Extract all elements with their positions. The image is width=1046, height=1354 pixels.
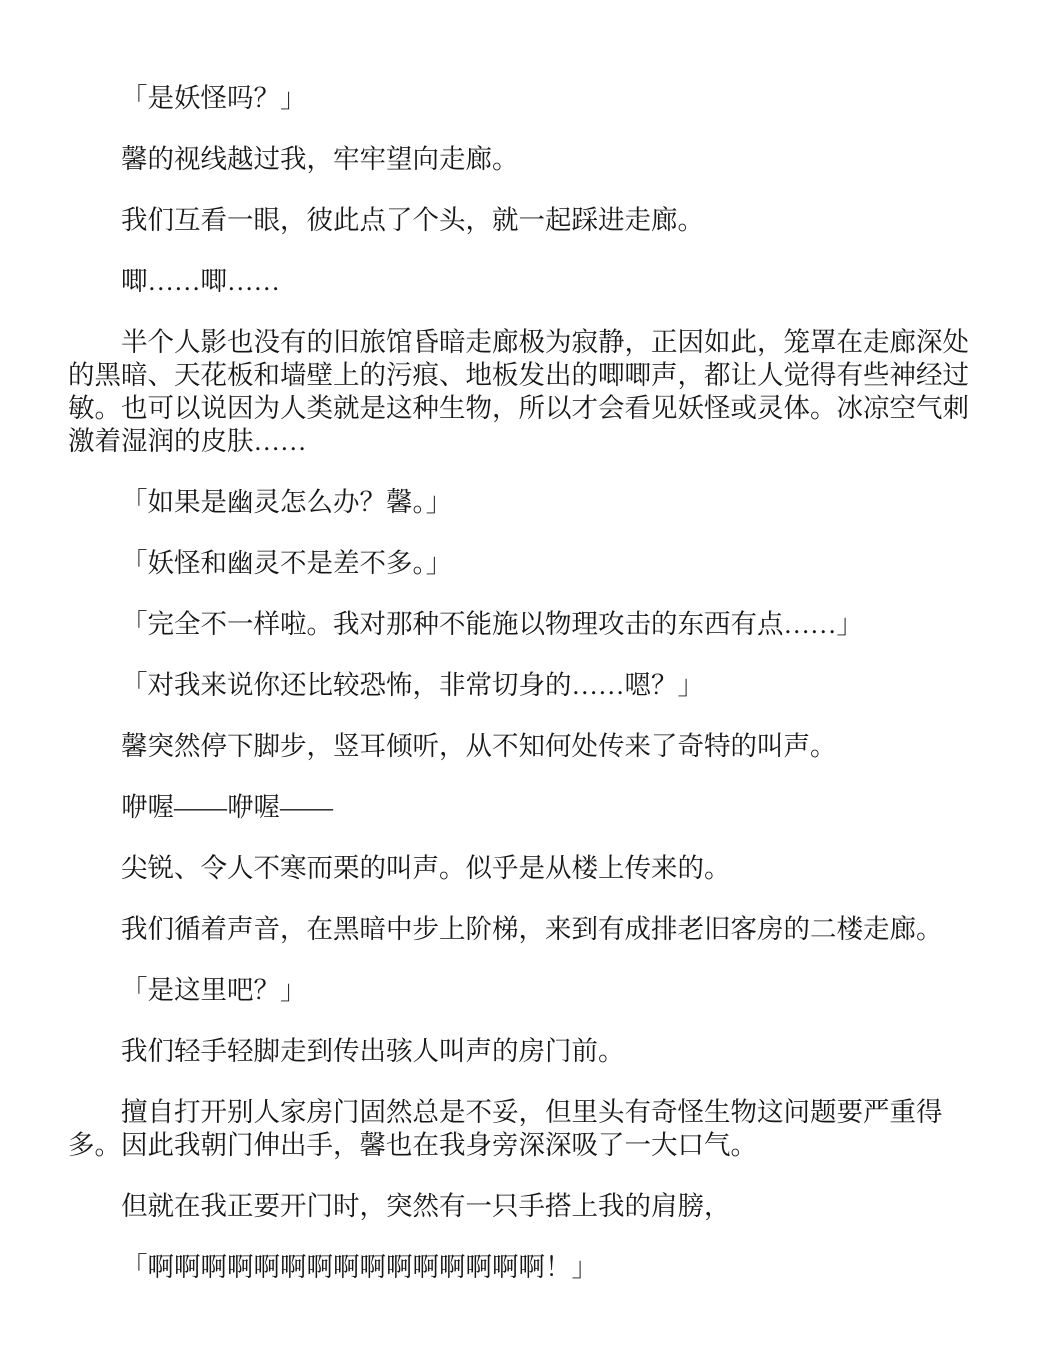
paragraph: 擅自打开别人家房门固然总是不妥，但里头有奇怪生物这问题要严重得多。因此我朝门伸出… (68, 1096, 971, 1162)
paragraph: 「完全不一样啦。我对那种不能施以物理攻击的东西有点……」 (68, 608, 971, 641)
paragraph: 「是妖怪吗？」 (68, 82, 971, 115)
paragraph: 「啊啊啊啊啊啊啊啊啊啊啊啊啊啊啊！」 (68, 1251, 971, 1284)
paragraph: 咿喔——咿喔—— (68, 791, 971, 824)
paragraph: 唧……唧…… (68, 265, 971, 298)
novel-text-content: 「是妖怪吗？」馨的视线越过我，牢牢望向走廊。我们互看一眼，彼此点了个头，就一起踩… (0, 0, 1046, 1354)
paragraph: 半个人影也没有的旧旅馆昏暗走廊极为寂静，正因如此，笼罩在走廊深处的黑暗、天花板和… (68, 326, 971, 458)
paragraph: 但就在我正要开门时，突然有一只手搭上我的肩膀， (68, 1190, 971, 1223)
paragraph: 我们循着声音，在黑暗中步上阶梯，来到有成排老旧客房的二楼走廊。 (68, 913, 971, 946)
paragraph: 馨的视线越过我，牢牢望向走廊。 (68, 143, 971, 176)
paragraph: 「对我来说你还比较恐怖，非常切身的……嗯？」 (68, 669, 971, 702)
paragraph: 「如果是幽灵怎么办？馨。」 (68, 486, 971, 519)
paragraph: 馨突然停下脚步，竖耳倾听，从不知何处传来了奇特的叫声。 (68, 730, 971, 763)
paragraph: 我们轻手轻脚走到传出骇人叫声的房门前。 (68, 1035, 971, 1068)
paragraph: 尖锐、令人不寒而栗的叫声。似乎是从楼上传来的。 (68, 852, 971, 885)
paragraph: 「妖怪和幽灵不是差不多。」 (68, 547, 971, 580)
paragraph: 我们互看一眼，彼此点了个头，就一起踩进走廊。 (68, 204, 971, 237)
paragraph: 「是这里吧？」 (68, 974, 971, 1007)
novel-page: 「是妖怪吗？」馨的视线越过我，牢牢望向走廊。我们互看一眼，彼此点了个头，就一起踩… (0, 0, 1046, 1354)
